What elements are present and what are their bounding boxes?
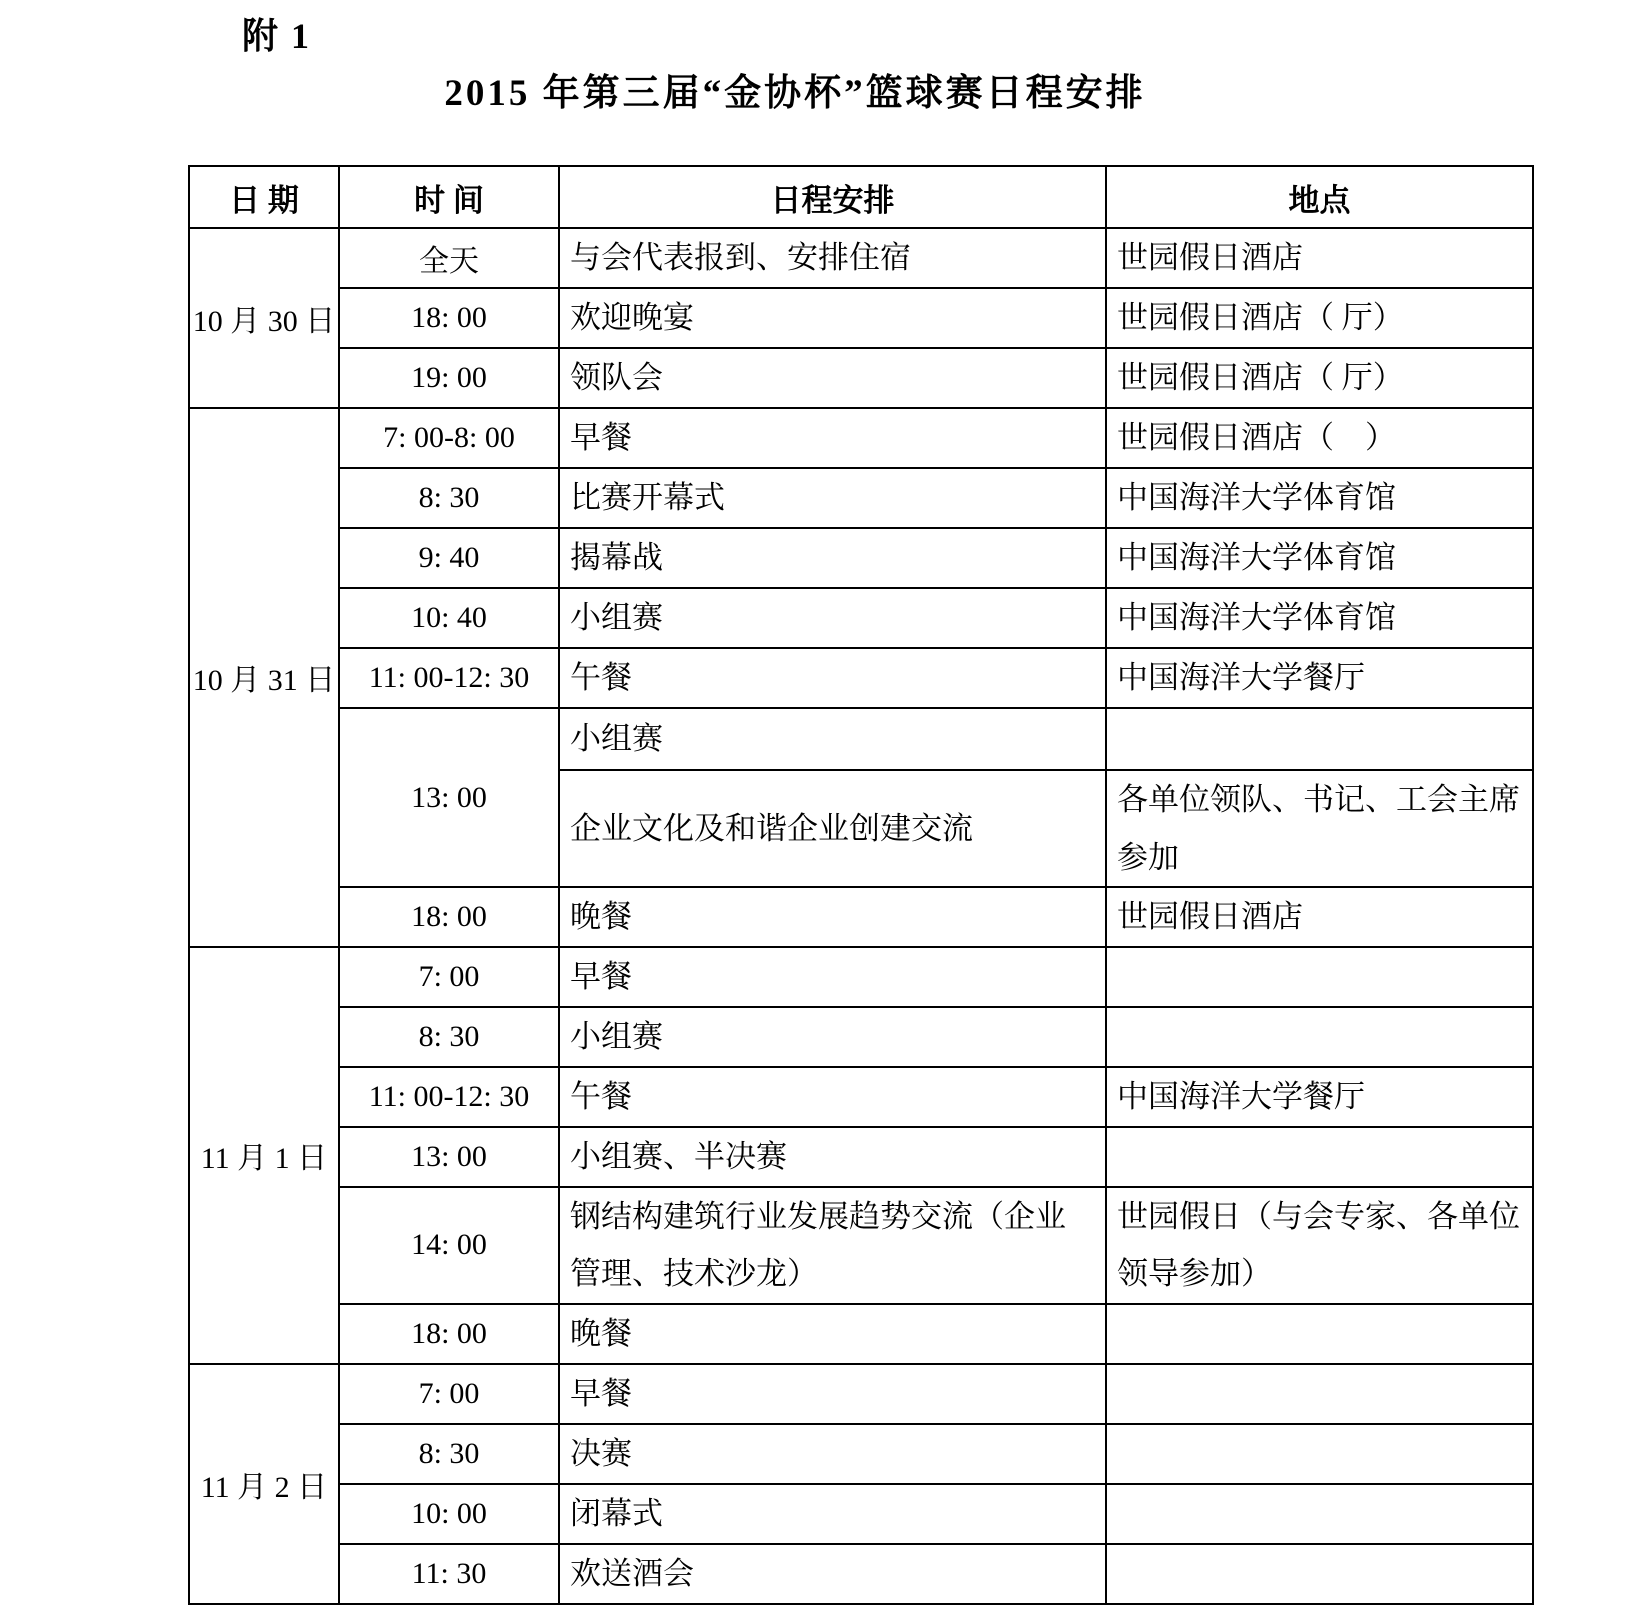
cell-date: 10 月 31 日 [189, 408, 339, 947]
table-row: 10: 40 小组赛 中国海洋大学体育馆 [189, 588, 1533, 648]
cell-location: 世园假日酒店 [1106, 228, 1533, 288]
cell-time: 11: 30 [339, 1544, 559, 1604]
cell-time: 8: 30 [339, 468, 559, 528]
cell-time: 14: 00 [339, 1187, 559, 1304]
page-title: 2015 年第三届“金协杯”篮球赛日程安排 [0, 62, 1590, 116]
cell-location: 中国海洋大学餐厅 [1106, 1067, 1533, 1127]
cell-time: 10: 40 [339, 588, 559, 648]
table-row: 11: 00-12: 30 午餐 中国海洋大学餐厅 [189, 648, 1533, 708]
cell-schedule: 早餐 [559, 947, 1106, 1007]
cell-schedule: 欢迎晚宴 [559, 288, 1106, 348]
cell-time: 9: 40 [339, 528, 559, 588]
cell-schedule: 揭幕战 [559, 528, 1106, 588]
cell-schedule: 小组赛 [559, 588, 1106, 648]
header-date: 日 期 [189, 166, 339, 228]
table-row: 18: 00 晚餐 [189, 1304, 1533, 1364]
cell-schedule: 小组赛、半决赛 [559, 1127, 1106, 1187]
cell-schedule: 企业文化及和谐企业创建交流 [559, 770, 1106, 887]
table-row: 8: 30 决赛 [189, 1424, 1533, 1484]
cell-location [1106, 1424, 1533, 1484]
table-row: 9: 40 揭幕战 中国海洋大学体育馆 [189, 528, 1533, 588]
cell-location [1106, 1544, 1533, 1604]
cell-schedule: 欢送酒会 [559, 1544, 1106, 1604]
cell-schedule: 钢结构建筑行业发展趋势交流（企业管理、技术沙龙） [559, 1187, 1106, 1304]
cell-time: 11: 00-12: 30 [339, 1067, 559, 1127]
table-row: 18: 00 晚餐 世园假日酒店 [189, 887, 1533, 947]
cell-location: 中国海洋大学体育馆 [1106, 588, 1533, 648]
table-header-row: 日 期 时 间 日程安排 地点 [189, 166, 1533, 228]
cell-location: 世园假日酒店（ 厅） [1106, 348, 1533, 408]
cell-schedule: 早餐 [559, 1364, 1106, 1424]
attachment-label: 附 1 [242, 8, 311, 59]
header-time: 时 间 [339, 166, 559, 228]
cell-schedule: 早餐 [559, 408, 1106, 468]
header-schedule: 日程安排 [559, 166, 1106, 228]
cell-time: 7: 00-8: 00 [339, 408, 559, 468]
table-row: 10 月 30 日 全天 与会代表报到、安排住宿 世园假日酒店 [189, 228, 1533, 288]
table-row: 14: 00 钢结构建筑行业发展趋势交流（企业管理、技术沙龙） 世园假日（与会专… [189, 1187, 1533, 1304]
cell-location [1106, 1304, 1533, 1364]
cell-time: 13: 00 [339, 1127, 559, 1187]
table-row: 11 月 2 日 7: 00 早餐 [189, 1364, 1533, 1424]
table-row: 8: 30 比赛开幕式 中国海洋大学体育馆 [189, 468, 1533, 528]
cell-schedule: 午餐 [559, 648, 1106, 708]
table-row: 11 月 1 日 7: 00 早餐 [189, 947, 1533, 1007]
cell-schedule: 与会代表报到、安排住宿 [559, 228, 1106, 288]
cell-date: 10 月 30 日 [189, 228, 339, 408]
cell-location: 中国海洋大学体育馆 [1106, 468, 1533, 528]
cell-location: 世园假日酒店（ 厅） [1106, 288, 1533, 348]
cell-time: 19: 00 [339, 348, 559, 408]
cell-schedule: 晚餐 [559, 887, 1106, 947]
cell-date: 11 月 2 日 [189, 1364, 339, 1604]
cell-location: 世园假日酒店（ ） [1106, 408, 1533, 468]
cell-time: 8: 30 [339, 1007, 559, 1067]
cell-time: 18: 00 [339, 288, 559, 348]
cell-location [1106, 1127, 1533, 1187]
cell-location: 世园假日酒店 [1106, 887, 1533, 947]
cell-location [1106, 1007, 1533, 1067]
table-row: 19: 00 领队会 世园假日酒店（ 厅） [189, 348, 1533, 408]
cell-location: 世园假日（与会专家、各单位领导参加） [1106, 1187, 1533, 1304]
cell-schedule: 闭幕式 [559, 1484, 1106, 1544]
cell-schedule: 晚餐 [559, 1304, 1106, 1364]
cell-schedule: 午餐 [559, 1067, 1106, 1127]
cell-time: 8: 30 [339, 1424, 559, 1484]
table-row: 8: 30 小组赛 [189, 1007, 1533, 1067]
cell-time: 7: 00 [339, 1364, 559, 1424]
table-row: 11: 30 欢送酒会 [189, 1544, 1533, 1604]
cell-location [1106, 708, 1533, 770]
cell-location [1106, 1364, 1533, 1424]
header-location: 地点 [1106, 166, 1533, 228]
schedule-table: 日 期 时 间 日程安排 地点 10 月 30 日 全天 与会代表报到、安排住宿… [188, 165, 1534, 1605]
table-row: 18: 00 欢迎晚宴 世园假日酒店（ 厅） [189, 288, 1533, 348]
cell-time: 11: 00-12: 30 [339, 648, 559, 708]
cell-time: 18: 00 [339, 887, 559, 947]
table-row: 13: 00 小组赛、半决赛 [189, 1127, 1533, 1187]
cell-location [1106, 1484, 1533, 1544]
cell-time: 13: 00 [339, 708, 559, 887]
cell-schedule: 比赛开幕式 [559, 468, 1106, 528]
table-row: 10 月 31 日 7: 00-8: 00 早餐 世园假日酒店（ ） [189, 408, 1533, 468]
cell-time: 10: 00 [339, 1484, 559, 1544]
cell-time: 18: 00 [339, 1304, 559, 1364]
cell-date: 11 月 1 日 [189, 947, 339, 1364]
cell-schedule: 决赛 [559, 1424, 1106, 1484]
table-row: 13: 00 小组赛 [189, 708, 1533, 770]
cell-location: 各单位领队、书记、工会主席参加 [1106, 770, 1533, 887]
table-row: 10: 00 闭幕式 [189, 1484, 1533, 1544]
cell-location: 中国海洋大学体育馆 [1106, 528, 1533, 588]
cell-schedule: 领队会 [559, 348, 1106, 408]
table-row: 11: 00-12: 30 午餐 中国海洋大学餐厅 [189, 1067, 1533, 1127]
cell-schedule: 小组赛 [559, 1007, 1106, 1067]
cell-time: 全天 [339, 228, 559, 288]
cell-location: 中国海洋大学餐厅 [1106, 648, 1533, 708]
cell-time: 7: 00 [339, 947, 559, 1007]
cell-schedule: 小组赛 [559, 708, 1106, 770]
cell-location [1106, 947, 1533, 1007]
